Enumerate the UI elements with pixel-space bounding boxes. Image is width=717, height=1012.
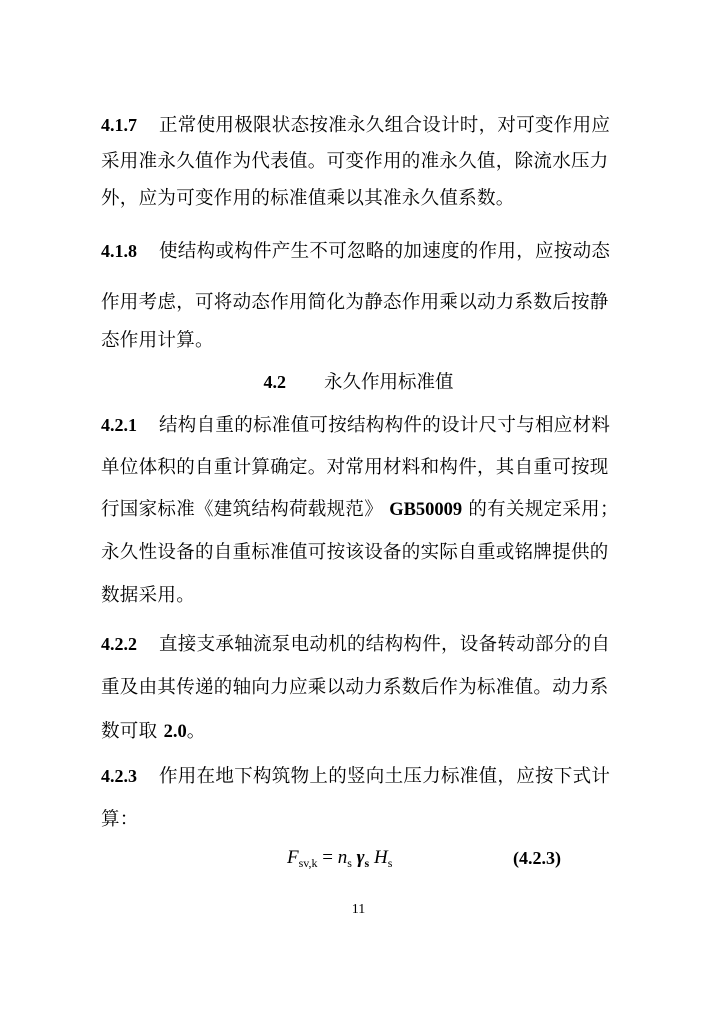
standard-code: GB50009 bbox=[389, 500, 462, 520]
clause-4-2-1-line-4: 永久性设备的自重标准值可按该设备的实际自重或铭牌提供的 bbox=[101, 541, 621, 565]
formula-gamma: γ bbox=[357, 847, 365, 868]
clause-4-2-3-line-2: 算： bbox=[101, 808, 621, 832]
formula-4-2-3: Fsv,k = ns γs Hs bbox=[287, 846, 392, 875]
formula-gamma-sub: s bbox=[365, 856, 370, 870]
clause-4-2-3-line-1: 4.2.3作用在地下构筑物上的竖向土压力标准值，应按下式计 bbox=[101, 764, 621, 789]
formula-H: H bbox=[374, 847, 388, 868]
formula-n: n bbox=[338, 847, 348, 868]
clause-4-1-8-line-1: 4.1.8使结构或构件产生不可忽略的加速度的作用，应按动态 bbox=[101, 239, 621, 264]
clause-text: 的有关规定采用； bbox=[462, 499, 619, 520]
clause-4-2-1-line-3: 行国家标准《建筑结构荷载规范》 GB50009 的有关规定采用； bbox=[101, 498, 621, 522]
clause-number: 4.1.8 bbox=[101, 239, 159, 263]
clause-4-1-8-line-2: 作用考虑，可将动态作用简化为静态作用乘以动力系数后按静 bbox=[101, 291, 621, 315]
formula-equals: = bbox=[318, 847, 338, 868]
formula-H-sub: s bbox=[388, 856, 393, 870]
clause-4-1-7-line-1: 4.1.7正常使用极限状态按准永久组合设计时，对可变作用应 bbox=[101, 113, 621, 138]
formula-F-sub: sv,k bbox=[299, 856, 318, 870]
clause-text: 数可取 bbox=[101, 721, 164, 742]
clause-text: 结构自重的标准值可按结构构件的设计尺寸与相应材料 bbox=[159, 415, 610, 436]
clause-text: 。 bbox=[187, 721, 206, 742]
clause-text: 使结构或构件产生不可忽略的加速度的作用，应按动态 bbox=[159, 241, 610, 262]
section-title: 永久作用标准值 bbox=[324, 372, 454, 393]
clause-number: 4.2.1 bbox=[101, 413, 159, 437]
clause-4-2-1-line-1: 4.2.1结构自重的标准值可按结构构件的设计尺寸与相应材料 bbox=[101, 413, 621, 438]
section-number: 4.2 bbox=[263, 370, 286, 394]
clause-4-2-2-line-3: 数可取 2.0。 bbox=[101, 720, 621, 744]
clause-text: 正常使用极限状态按准永久组合设计时，对可变作用应 bbox=[159, 115, 610, 136]
clause-text: 直接支承轴流泵电动机的结构构件，设备转动部分的自 bbox=[159, 634, 610, 655]
clause-text: 行国家标准《建筑结构荷载规范》 bbox=[101, 499, 383, 520]
clause-4-1-8-line-3: 态作用计算。 bbox=[101, 329, 621, 353]
clause-number: 4.1.7 bbox=[101, 113, 159, 137]
clause-4-1-7-line-2: 采用准永久值作为代表值。可变作用的准永久值，除流水压力 bbox=[101, 150, 621, 174]
clause-4-2-1-line-2: 单位体积的自重计算确定。对常用材料和构件，其自重可按现 bbox=[101, 456, 621, 480]
clause-number: 4.2.3 bbox=[101, 764, 159, 788]
clause-4-2-2-line-1: 4.2.2直接支承轴流泵电动机的结构构件，设备转动部分的自 bbox=[101, 632, 621, 657]
formula-n-sub: s bbox=[347, 856, 352, 870]
formula-F: F bbox=[287, 847, 299, 868]
clause-text: 作用在地下构筑物上的竖向土压力标准值，应按下式计 bbox=[159, 766, 610, 787]
clause-4-2-2-line-2: 重及由其传递的轴向力应乘以动力系数后作为标准值。动力系 bbox=[101, 676, 621, 700]
page-number: 11 bbox=[0, 902, 717, 918]
section-heading: 4.2永久作用标准值 bbox=[0, 370, 717, 395]
dynamic-coefficient: 2.0 bbox=[164, 722, 187, 742]
clause-4-2-1-line-5: 数据采用。 bbox=[101, 584, 621, 608]
clause-number: 4.2.2 bbox=[101, 632, 159, 656]
equation-number: (4.2.3) bbox=[513, 846, 561, 870]
clause-4-1-7-line-3: 外，应为可变作用的标准值乘以其准永久值系数。 bbox=[101, 187, 621, 211]
